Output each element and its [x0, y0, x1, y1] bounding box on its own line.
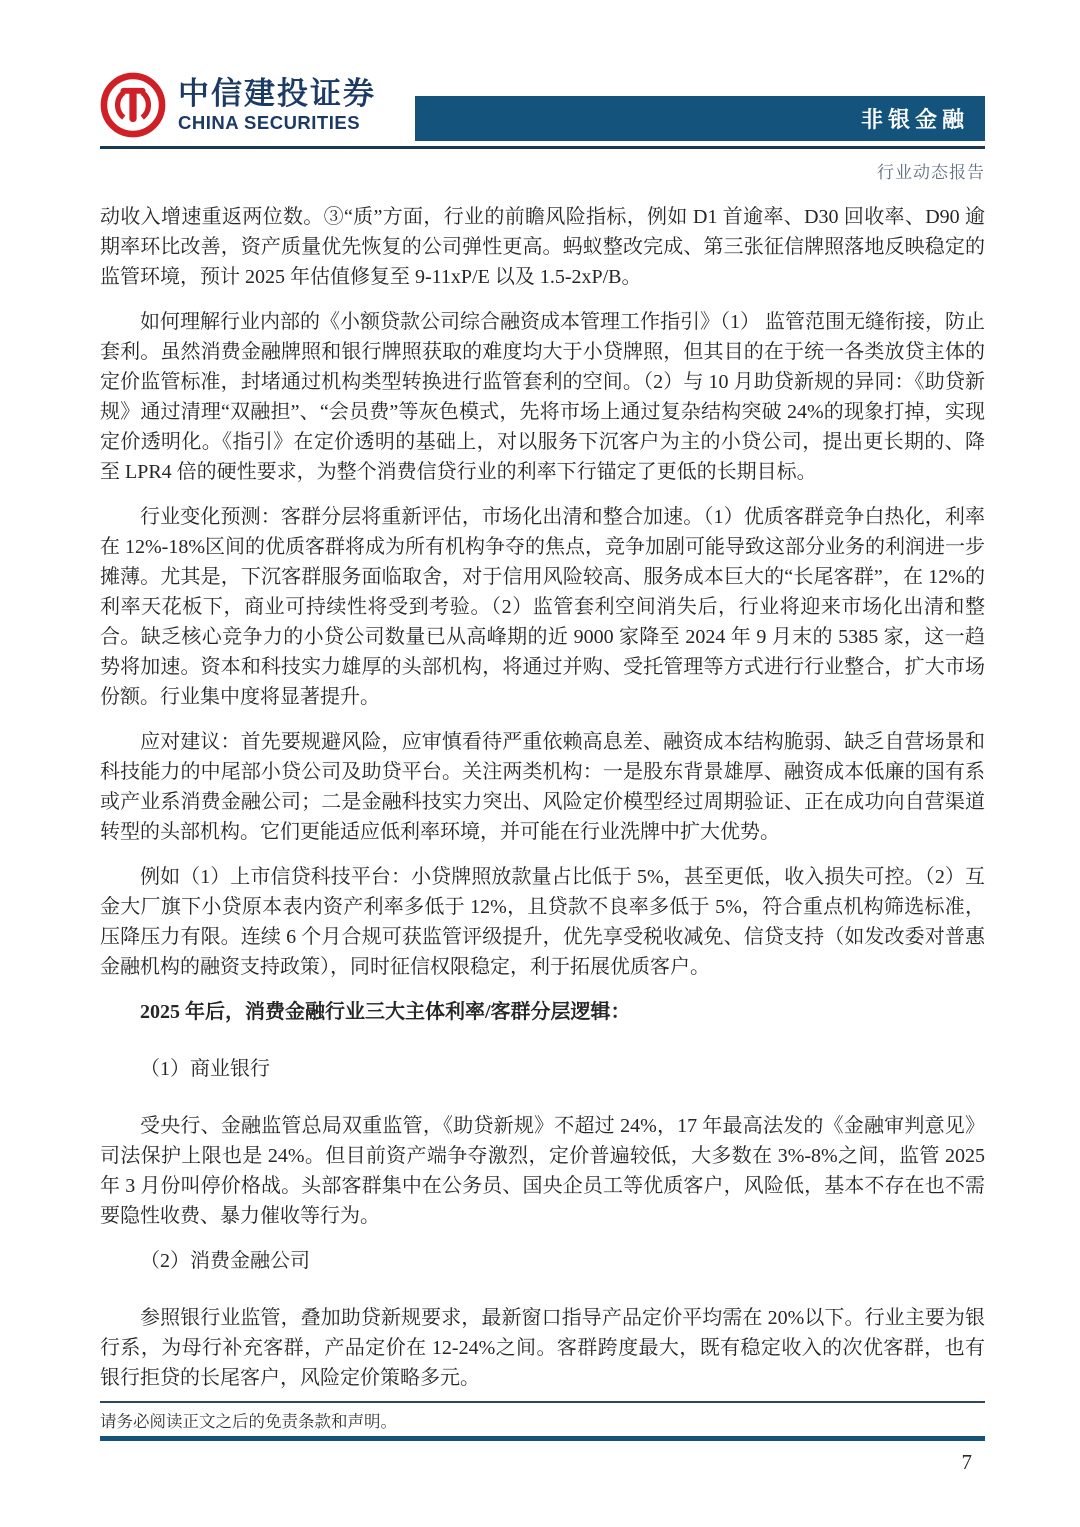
report-type-label: 行业动态报告	[877, 158, 985, 183]
body-paragraph: 如何理解行业内部的《小额贷款公司综合融资成本管理工作指引》（1） 监管范围无缝衔…	[100, 307, 985, 487]
section-heading: 2025 年后，消费金融行业三大主体利率/客群分层逻辑：	[100, 997, 985, 1027]
footer-divider-thin	[100, 1401, 985, 1403]
report-page: 中信建投证券 CHINA SECURITIES 非银金融 行业动态报告 动收入增…	[0, 0, 1080, 1527]
body-paragraph: 例如（1）上市信贷科技平台：小贷牌照放款量占比低于 5%，甚至更低，收入损失可控…	[100, 862, 985, 982]
logo-name-cn: 中信建投证券	[178, 78, 376, 111]
company-logo: 中信建投证券 CHINA SECURITIES	[100, 72, 376, 138]
body-paragraph: 参照银行业监管，叠加助贷新规要求，最新窗口指导产品定价平均需在 20%以下。行业…	[100, 1303, 985, 1393]
header-divider	[100, 146, 985, 149]
body-paragraph: 动收入增速重返两位数。③“质”方面，行业的前瞻风险指标，例如 D1 首逾率、D3…	[100, 202, 985, 292]
body-paragraph: 行业变化预测：客群分层将重新评估，市场化出清和整合加速。（1）优质客群竞争白热化…	[100, 502, 985, 712]
logo-name-en: CHINA SECURITIES	[178, 113, 376, 132]
subsection-heading: （1）商业银行	[100, 1054, 985, 1084]
disclaimer-text: 请务必阅读正文之后的免责条款和声明。	[100, 1408, 397, 1432]
subsection-heading: （2）消费金融公司	[100, 1246, 985, 1276]
footer-divider-thick	[100, 1436, 985, 1441]
body-paragraph: 受央行、金融监管总局双重监管，《助贷新规》不超过 24%，17 年最高法发的《金…	[100, 1111, 985, 1231]
logo-text: 中信建投证券 CHINA SECURITIES	[178, 78, 376, 132]
body-paragraph: 应对建议：首先要规避风险，应审慎看待严重依赖高息差、融资成本结构脆弱、缺乏自营场…	[100, 727, 985, 847]
industry-banner: 非银金融	[415, 96, 985, 141]
industry-label: 非银金融	[861, 103, 969, 134]
citic-emblem-icon	[100, 72, 166, 138]
report-body: 动收入增速重返两位数。③“质”方面，行业的前瞻风险指标，例如 D1 首逾率、D3…	[100, 202, 985, 1408]
page-number: 7	[962, 1450, 973, 1475]
